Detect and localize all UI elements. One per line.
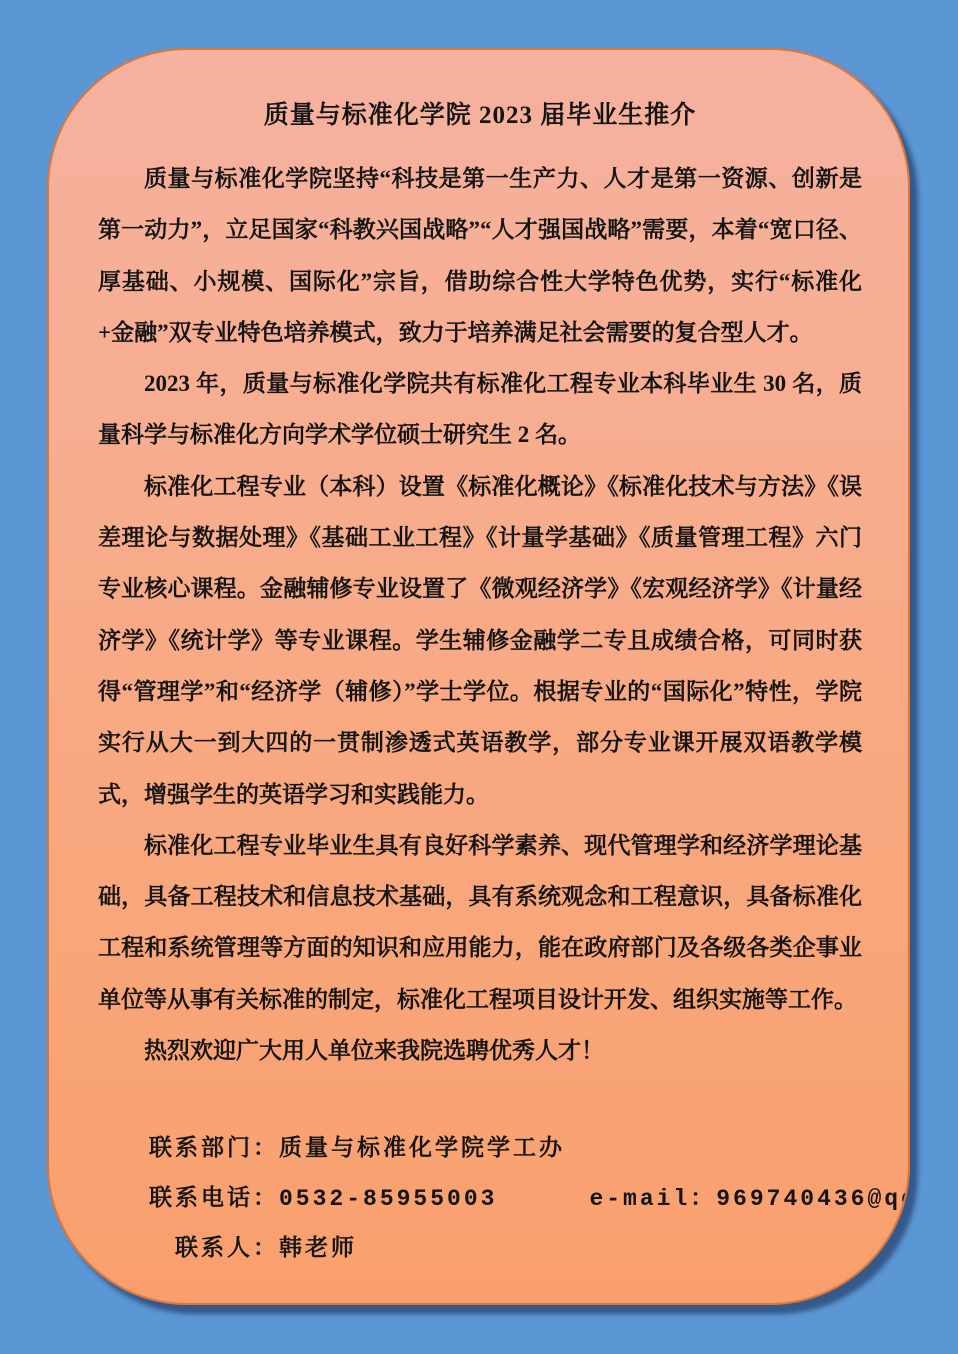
paragraph-graduate-counts: 2023 年，质量与标准化学院共有标准化工程专业本科毕业生 30 名，质量科学与… [98,358,862,461]
contact-department: 联系部门：质量与标准化学院学工办 [149,1124,862,1174]
contact-phone-row: 联系电话：0532-85955003e-mail：969740436@qq.co… [149,1174,862,1224]
contact-phone: 联系电话：0532-85955003 [149,1186,497,1212]
paragraph-curriculum: 标准化工程专业（本科）设置《标准化概论》《标准化技术与方法》《误差理论与数据处理… [98,461,862,820]
contact-block: 联系部门：质量与标准化学院学工办 联系电话：0532-85955003e-mai… [98,1124,862,1274]
document-card: 质量与标准化学院 2023 届毕业生推介 质量与标准化学院坚持“科技是第一生产力… [47,48,910,1305]
page-title: 质量与标准化学院 2023 届毕业生推介 [98,90,862,141]
page-background: { "theme": { "page_bg": "#5b97d4", "card… [0,0,958,1354]
contact-email: e-mail：969740436@qq.com [589,1174,910,1224]
paragraph-welcome: 热烈欢迎广大用人单位来我院选聘优秀人才！ [98,1025,862,1076]
contact-person: 联系人：韩老师 [149,1224,862,1274]
paragraph-intro: 质量与标准化学院坚持“科技是第一生产力、人才是第一资源、创新是第一动力”，立足国… [98,153,862,358]
paragraph-graduate-skills: 标准化工程专业毕业生具有良好科学素养、现代管理学和经济学理论基础，具备工程技术和… [98,820,862,1025]
